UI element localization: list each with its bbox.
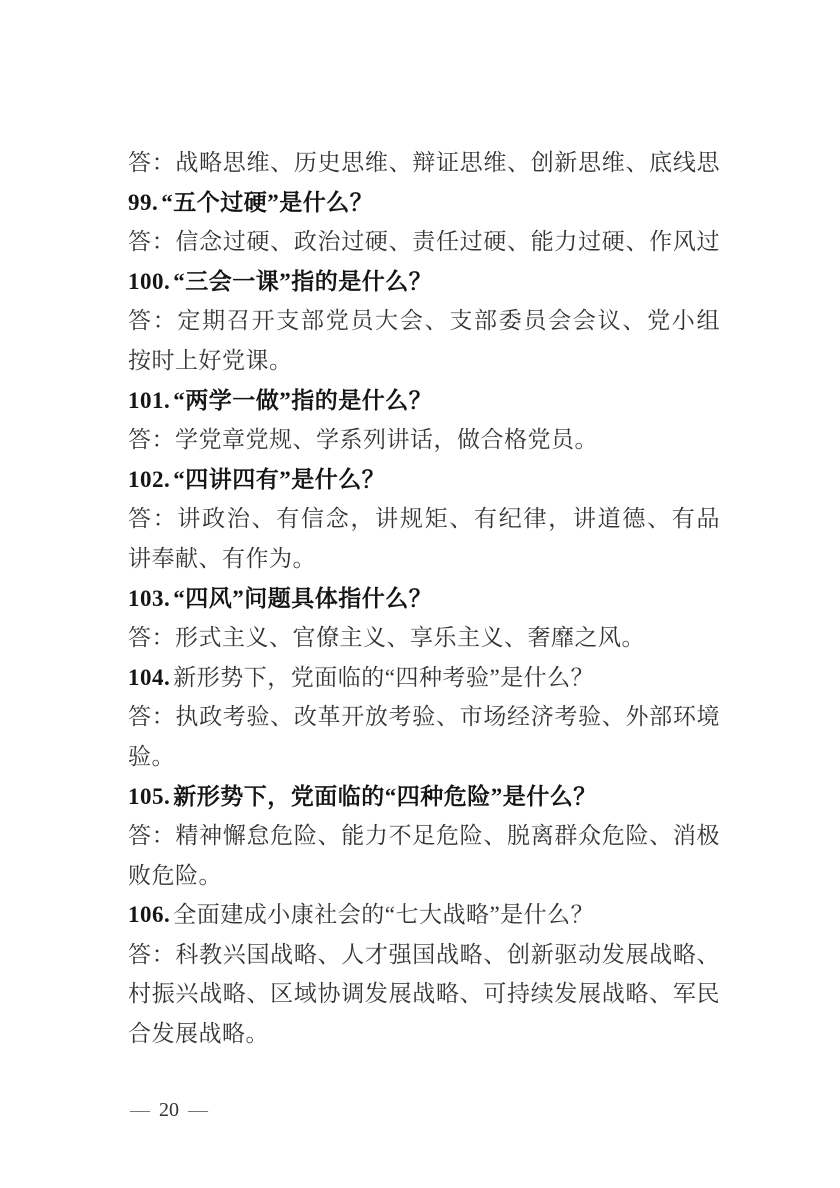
- answer-line-continued: 验。: [128, 737, 720, 777]
- answer-line-continued: 按时上好党课。: [128, 341, 720, 381]
- document-page: 答：战略思维、历史思维、辩证思维、创新思维、底线思维。 99.“五个过硬”是什么…: [0, 0, 840, 1188]
- answer-line-continued: 村振兴战略、区域协调发展战略、可持续发展战略、军民融: [128, 974, 720, 1014]
- question-number: 103.: [128, 586, 170, 611]
- question-number: 104.: [128, 665, 170, 690]
- question-number: 101.: [128, 388, 170, 413]
- answer-line: 答：学党章党规、学系列讲话，做合格党员。: [128, 420, 720, 460]
- question-number: 100.: [128, 269, 170, 294]
- answer-line-continued: 合发展战略。: [128, 1014, 720, 1054]
- answer-line: 答：执政考验、改革开放考验、市场经济考验、外部环境考: [128, 697, 720, 737]
- answer-line: 答：战略思维、历史思维、辩证思维、创新思维、底线思维。: [128, 143, 720, 183]
- question-heading-102: 102.“四讲四有”是什么？: [128, 460, 720, 500]
- page-footer: —20—: [130, 1097, 208, 1123]
- question-heading-101: 101.“两学一做”指的是什么？: [128, 381, 720, 421]
- question-text: “四风”问题具体指什么？: [173, 586, 432, 611]
- question-text: 新形势下，党面临的“四种考验”是什么？: [173, 665, 594, 690]
- document-body: 答：战略思维、历史思维、辩证思维、创新思维、底线思维。 99.“五个过硬”是什么…: [128, 143, 720, 1054]
- question-text: “两学一做”指的是什么？: [173, 388, 432, 413]
- question-heading-103: 103.“四风”问题具体指什么？: [128, 579, 720, 619]
- footer-dash-left: —: [130, 1099, 150, 1121]
- question-number: 102.: [128, 467, 170, 492]
- answer-line: 答：科教兴国战略、人才强国战略、创新驱动发展战略、乡: [128, 935, 720, 975]
- question-heading-105: 105.新形势下，党面临的“四种危险”是什么？: [128, 777, 720, 817]
- question-text: 全面建成小康社会的“七大战略”是什么？: [173, 902, 594, 927]
- page-number: 20: [159, 1099, 179, 1121]
- answer-line: 答：定期召开支部党员大会、支部委员会会议、党小组会，: [128, 301, 720, 341]
- question-number: 99.: [128, 190, 158, 215]
- question-text: “三会一课”指的是什么？: [173, 269, 432, 294]
- answer-line: 答：讲政治、有信念，讲规矩、有纪律，讲道德、有品行，: [128, 499, 720, 539]
- question-heading-100: 100.“三会一课”指的是什么？: [128, 262, 720, 302]
- question-number: 105.: [128, 784, 170, 809]
- question-number: 106.: [128, 902, 170, 927]
- answer-line: 答：信念过硬、政治过硬、责任过硬、能力过硬、作风过硬。: [128, 222, 720, 262]
- answer-line: 答：精神懈怠危险、能力不足危险、脱离群众危险、消极腐: [128, 816, 720, 856]
- question-heading-104: 104.新形势下，党面临的“四种考验”是什么？: [128, 658, 720, 698]
- answer-line-continued: 讲奉献、有作为。: [128, 539, 720, 579]
- question-heading-99: 99.“五个过硬”是什么？: [128, 183, 720, 223]
- answer-line: 答：形式主义、官僚主义、享乐主义、奢靡之风。: [128, 618, 720, 658]
- answer-line-continued: 败危险。: [128, 856, 720, 896]
- question-text: “五个过硬”是什么？: [161, 190, 373, 215]
- question-text: 新形势下，党面临的“四种危险”是什么？: [173, 784, 597, 809]
- question-text: “四讲四有”是什么？: [173, 467, 385, 492]
- question-heading-106: 106.全面建成小康社会的“七大战略”是什么？: [128, 895, 720, 935]
- footer-dash-right: —: [188, 1099, 208, 1121]
